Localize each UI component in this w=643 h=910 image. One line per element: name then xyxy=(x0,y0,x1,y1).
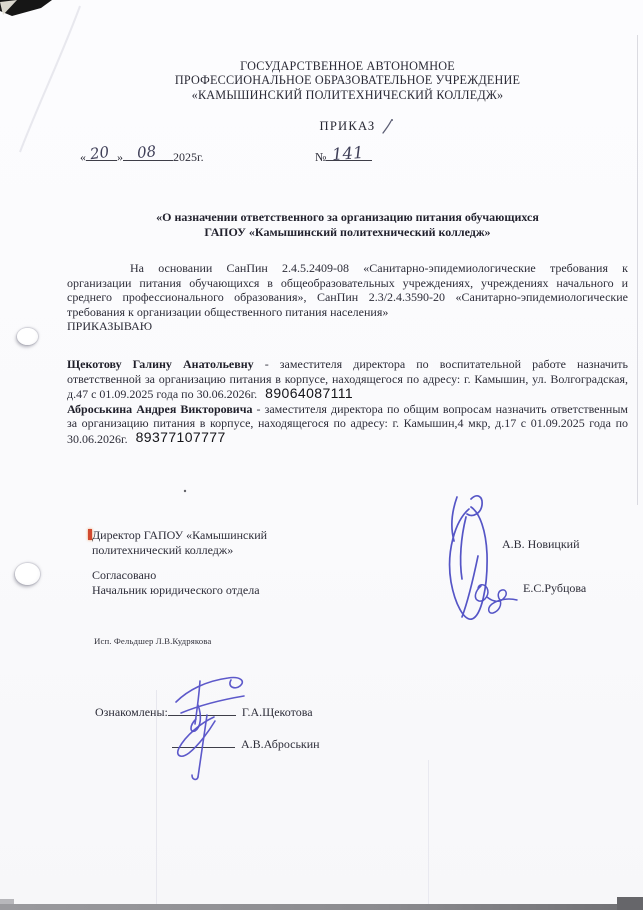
appointee-name-1: Щекотову Галину Анатольевну xyxy=(67,357,254,371)
day-underline: 20 xyxy=(86,147,117,161)
ack-name-1: Г.А.Щекотова xyxy=(242,705,313,719)
director-label-line-1: Директор ГАПОУ «Камышинский xyxy=(92,528,267,542)
org-name-line-2: ПРОФЕССИОНАЛЬНОЕ ОБРАЗОВАТЕЛЬНОЕ УЧРЕЖДЕ… xyxy=(67,73,628,87)
org-name-line-3: «КАМЫШИНСКИЙ ПОЛИТЕХНИЧЕСКИЙ КОЛЛЕДЖ» xyxy=(67,88,628,102)
hole-punch-bottom xyxy=(15,563,40,585)
number-sign: № xyxy=(315,150,326,164)
acknowledged-row-2: А.В.Аброськин xyxy=(172,734,320,752)
phone-number-2: 89377107777 xyxy=(136,429,226,445)
order-verb: ПРИКАЗЫВАЮ xyxy=(67,319,628,334)
order-items: Щекотову Галину Анатольевну - заместител… xyxy=(67,357,628,447)
paper-crease-center xyxy=(428,760,429,910)
ack-underline-2 xyxy=(172,734,235,748)
director-label-line-2: политехнический колледж» xyxy=(92,543,342,558)
legal-head-name: Е.С.Рубцова xyxy=(523,581,586,596)
handwritten-day: 20 xyxy=(89,143,110,163)
stray-dot xyxy=(184,490,186,492)
agreed-label: Согласовано xyxy=(92,568,392,583)
corner-page-tip xyxy=(0,0,17,15)
date-field: «20»082025г. xyxy=(80,147,204,165)
legal-head-signature xyxy=(475,585,517,613)
hole-punch-top xyxy=(17,328,38,345)
handwritten-month: 08 xyxy=(136,142,157,162)
number-underline: 141 xyxy=(326,147,372,161)
acknowledged-row-1: Ознакомлены:Г.А.Щекотова xyxy=(95,702,313,720)
basis-section: На основании СанПин 2.4.5.2409-08 «Санит… xyxy=(67,261,628,334)
date-number-row: «20»082025г. №141 xyxy=(67,147,628,169)
executor-line: Исп. Фельдшер Л.В.Кудрякова xyxy=(94,636,211,646)
order-number-field: №141 xyxy=(315,147,372,165)
order-title-line-2: ГАПОУ «Камышинский политехнический колле… xyxy=(67,225,628,240)
ack-underline-1 xyxy=(168,702,236,716)
ack-name-2: А.В.Аброськин xyxy=(241,737,320,751)
document-type-heading: ПРИКАЗ xyxy=(67,119,628,134)
director-signature xyxy=(450,496,487,619)
order-title-line-1: «О назначении ответственного за организа… xyxy=(67,210,628,225)
legal-head-label: Начальник юридического отдела xyxy=(92,583,392,598)
red-cursor-artifact xyxy=(88,529,92,540)
order-item-2: Аброськина Андрея Викторовича - заместит… xyxy=(67,402,628,447)
scan-bottom-edge xyxy=(0,904,643,910)
director-label: Директор ГАПОУ «Камышинский политехничес… xyxy=(92,528,342,557)
scanned-order-page: ГОСУДАРСТВЕННОЕ АВТОНОМНОЕ ПРОФЕССИОНАЛЬ… xyxy=(0,0,643,910)
director-label-line-1-wrap: Директор ГАПОУ «Камышинский xyxy=(92,528,342,543)
scan-artifacts-overlay xyxy=(0,0,643,910)
handwritten-order-number: 141 xyxy=(332,143,365,164)
basis-paragraph: На основании СанПин 2.4.5.2409-08 «Санит… xyxy=(67,261,628,319)
month-underline: 08 xyxy=(123,147,173,161)
scan-bottom-right-corner xyxy=(617,897,643,910)
director-name: А.В. Новицкий xyxy=(502,537,580,552)
order-item-1: Щекотову Галину Анатольевну - заместител… xyxy=(67,357,628,402)
agreed-block: Согласовано Начальник юридического отдел… xyxy=(92,568,392,597)
corner-fold-artifact xyxy=(0,0,52,16)
phone-number-1: 89064087111 xyxy=(265,385,353,401)
org-name-line-1: ГОСУДАРСТВЕННОЕ АВТОНОМНОЕ xyxy=(67,59,628,73)
order-title: «О назначении ответственного за организа… xyxy=(67,210,628,239)
paper-crease-left xyxy=(156,690,157,910)
appointee-name-2: Аброськина Андрея Викторовича xyxy=(67,402,253,416)
year-label: 2025г. xyxy=(173,150,204,164)
org-letterhead: ГОСУДАРСТВЕННОЕ АВТОНОМНОЕ ПРОФЕССИОНАЛЬ… xyxy=(67,59,628,102)
scan-right-edge-line xyxy=(637,35,638,505)
